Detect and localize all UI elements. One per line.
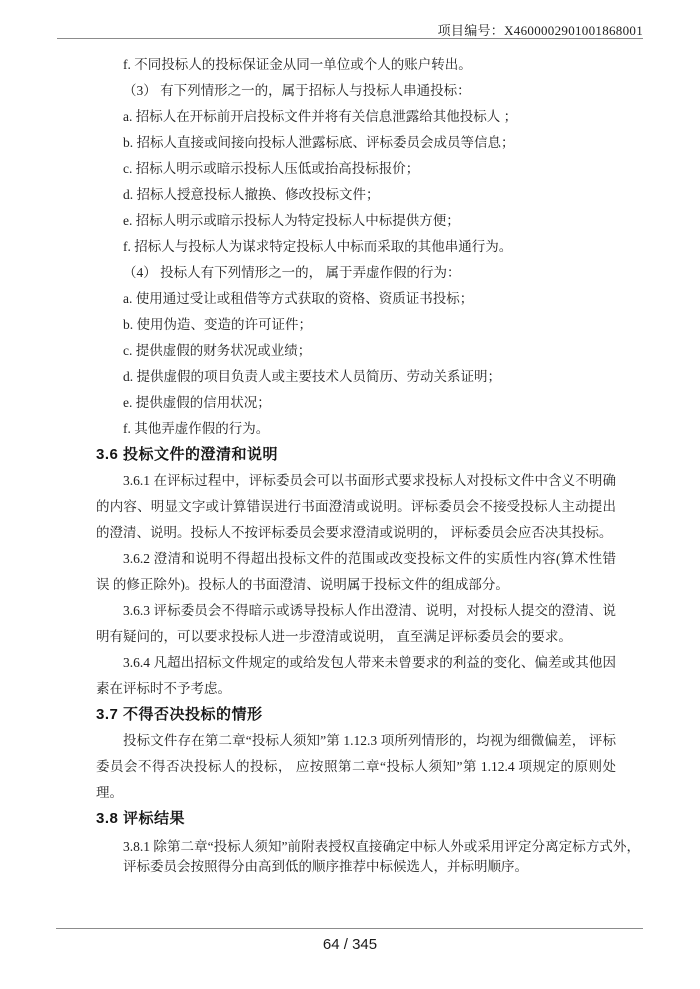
text-block: 3.6.3 评标委员会不得暗示或诱导投标人作出澄清、说明，对投标人提交的澄清、说… (96, 598, 616, 650)
section-heading: 3.7 不得否决投标的情形 (96, 702, 616, 728)
section-heading: 3.8 评标结果 (96, 806, 616, 832)
document-page: 项目编号：X4600002901001868001 f. 不同投标人的投标保证金… (0, 0, 700, 989)
header-rule (57, 38, 643, 39)
text-block: 3.6.4 凡超出招标文件规定的或给发包人带来未曾要求的利益的变化、偏差或其他因… (96, 650, 616, 702)
text-block: a. 使用通过受让或租借等方式获取的资格、资质证书投标； (96, 286, 616, 312)
text-block: d. 招标人授意投标人撤换、修改投标文件； (96, 182, 616, 208)
text-block: f. 招标人与投标人为谋求特定投标人中标而采取的其他串通行为。 (96, 234, 616, 260)
text-block: e. 提供虚假的信用状况； (96, 390, 616, 416)
text-block: a. 招标人在开标前开启投标文件并将有关信息泄露给其他投标人 ； (96, 104, 616, 130)
text-block: 3.6.1 在评标过程中，评标委员会可以书面形式要求投标人对投标文件中含义不明确… (96, 468, 616, 546)
text-block: e. 招标人明示或暗示投标人为特定投标人中标提供方便； (96, 208, 616, 234)
text-block: c. 提供虚假的财务状况或业绩； (96, 338, 616, 364)
footer-rule (56, 928, 643, 929)
text-block: d. 提供虚假的项目负责人或主要技术人员简历、劳动关系证明； (96, 364, 616, 390)
text-block: （3） 有下列情形之一的，属于招标人与投标人串通投标： (96, 78, 616, 104)
text-block: 3.6.2 澄清和说明不得超出投标文件的范围或改变投标文件的实质性内容(算术性错… (96, 546, 616, 598)
text-block: f. 其他弄虚作假的行为。 (96, 416, 616, 442)
page-number: 64 / 345 (0, 936, 700, 953)
text-block: 3.8.1 除第二章“投标人须知”前附表授权直接确定中标人外或采用评定分离定标方… (123, 832, 640, 876)
project-number: 项目编号：X4600002901001868001 (438, 20, 643, 39)
text-block: c. 招标人明示或暗示投标人压低或抬高投标报价； (96, 156, 616, 182)
text-block: 投标文件存在第二章“投标人须知”第 1.12.3 项所列情形的，均视为细微偏差，… (96, 728, 616, 806)
text-block: f. 不同投标人的投标保证金从同一单位或个人的账户转出。 (96, 52, 616, 78)
text-block: b. 招标人直接或间接向投标人泄露标底、评标委员会成员等信息； (96, 130, 616, 156)
document-content: f. 不同投标人的投标保证金从同一单位或个人的账户转出。（3） 有下列情形之一的… (96, 52, 616, 876)
text-block: （4） 投标人有下列情形之一的， 属于弄虚作假的行为： (96, 260, 616, 286)
text-block: b. 使用伪造、变造的许可证件； (96, 312, 616, 338)
section-heading: 3.6 投标文件的澄清和说明 (96, 442, 616, 468)
